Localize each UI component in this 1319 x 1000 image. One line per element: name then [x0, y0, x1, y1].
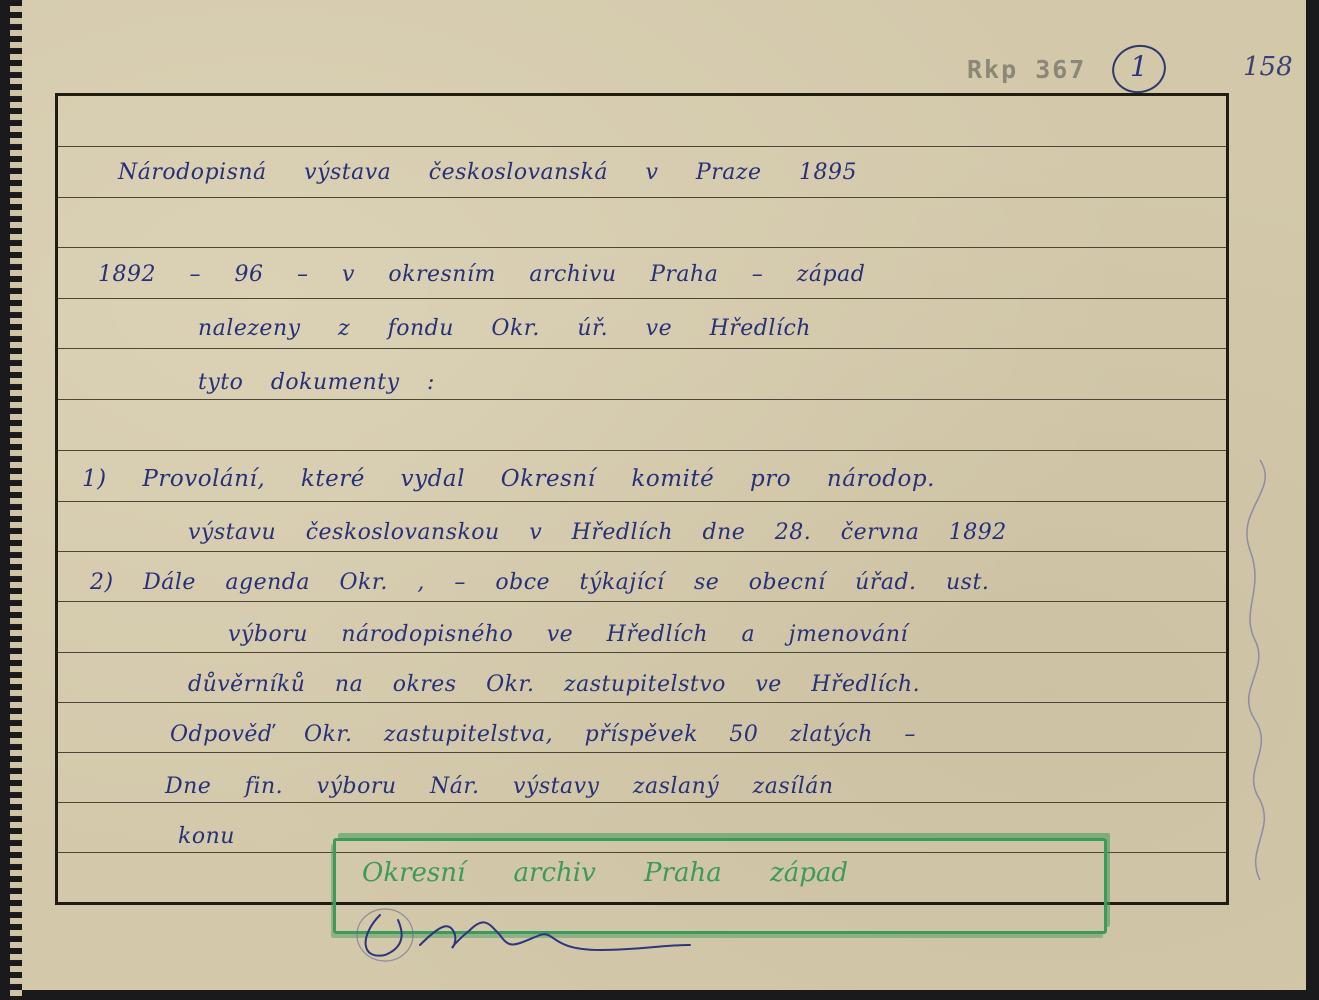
ruled-line: [58, 601, 1226, 602]
ruled-line: [58, 702, 1226, 703]
text-line-3: tyto dokumenty :: [198, 370, 435, 395]
text-line-8: důvěrníků na okres Okr. zastupitelstvo v…: [188, 672, 920, 697]
index-card: Rkp 367 1 158 Národopisná výstava českos…: [10, 0, 1306, 990]
ruled-line: [58, 298, 1226, 299]
ruled-line: [58, 399, 1226, 400]
archive-stamp-text: Okresní archiv Praha západ: [362, 858, 848, 888]
ruled-line: [58, 146, 1226, 147]
ruled-line: [58, 551, 1226, 552]
text-line-4: 1) Provolání, které vydal Okresní komité…: [82, 466, 935, 492]
text-line-9: Odpověď Okr. zastupitelstva, příspěvek 5…: [170, 722, 916, 747]
ruled-line: [58, 450, 1226, 451]
text-line-10: Dne fin. výboru Nár. výstavy zaslaný zas…: [165, 774, 834, 799]
page-number: 158: [1243, 52, 1293, 82]
shelf-mark-stamp: Rkp 367: [967, 55, 1086, 84]
ruled-line: [58, 802, 1226, 803]
text-line-2: nalezeny z fondu Okr. úř. ve Hředlích: [198, 316, 811, 341]
signature-icon: [340, 905, 760, 985]
ruled-line: [58, 247, 1226, 248]
ruled-line: [58, 752, 1226, 753]
margin-squiggle-icon: [1230, 450, 1290, 900]
ruled-line: [58, 348, 1226, 349]
ruled-line: [58, 652, 1226, 653]
text-line-5: výstavu českoslovanskou v Hředlích dne 2…: [188, 520, 1007, 545]
text-line-1: 1892 – 96 – v okresním archivu Praha – z…: [98, 262, 865, 287]
text-line-7: výboru národopisného ve Hředlích a jmeno…: [228, 622, 908, 647]
card-title: Národopisná výstava českoslovanská v Pra…: [118, 160, 857, 185]
text-line-11: konu: [178, 824, 235, 849]
ruled-line: [58, 197, 1226, 198]
ruled-line: [58, 501, 1226, 502]
shelf-mark-circled-digit: 1: [1130, 50, 1148, 83]
card-perforated-edge: [10, 0, 22, 1000]
text-line-6: 2) Dále agenda Okr. , – obce týkající se…: [90, 570, 989, 595]
